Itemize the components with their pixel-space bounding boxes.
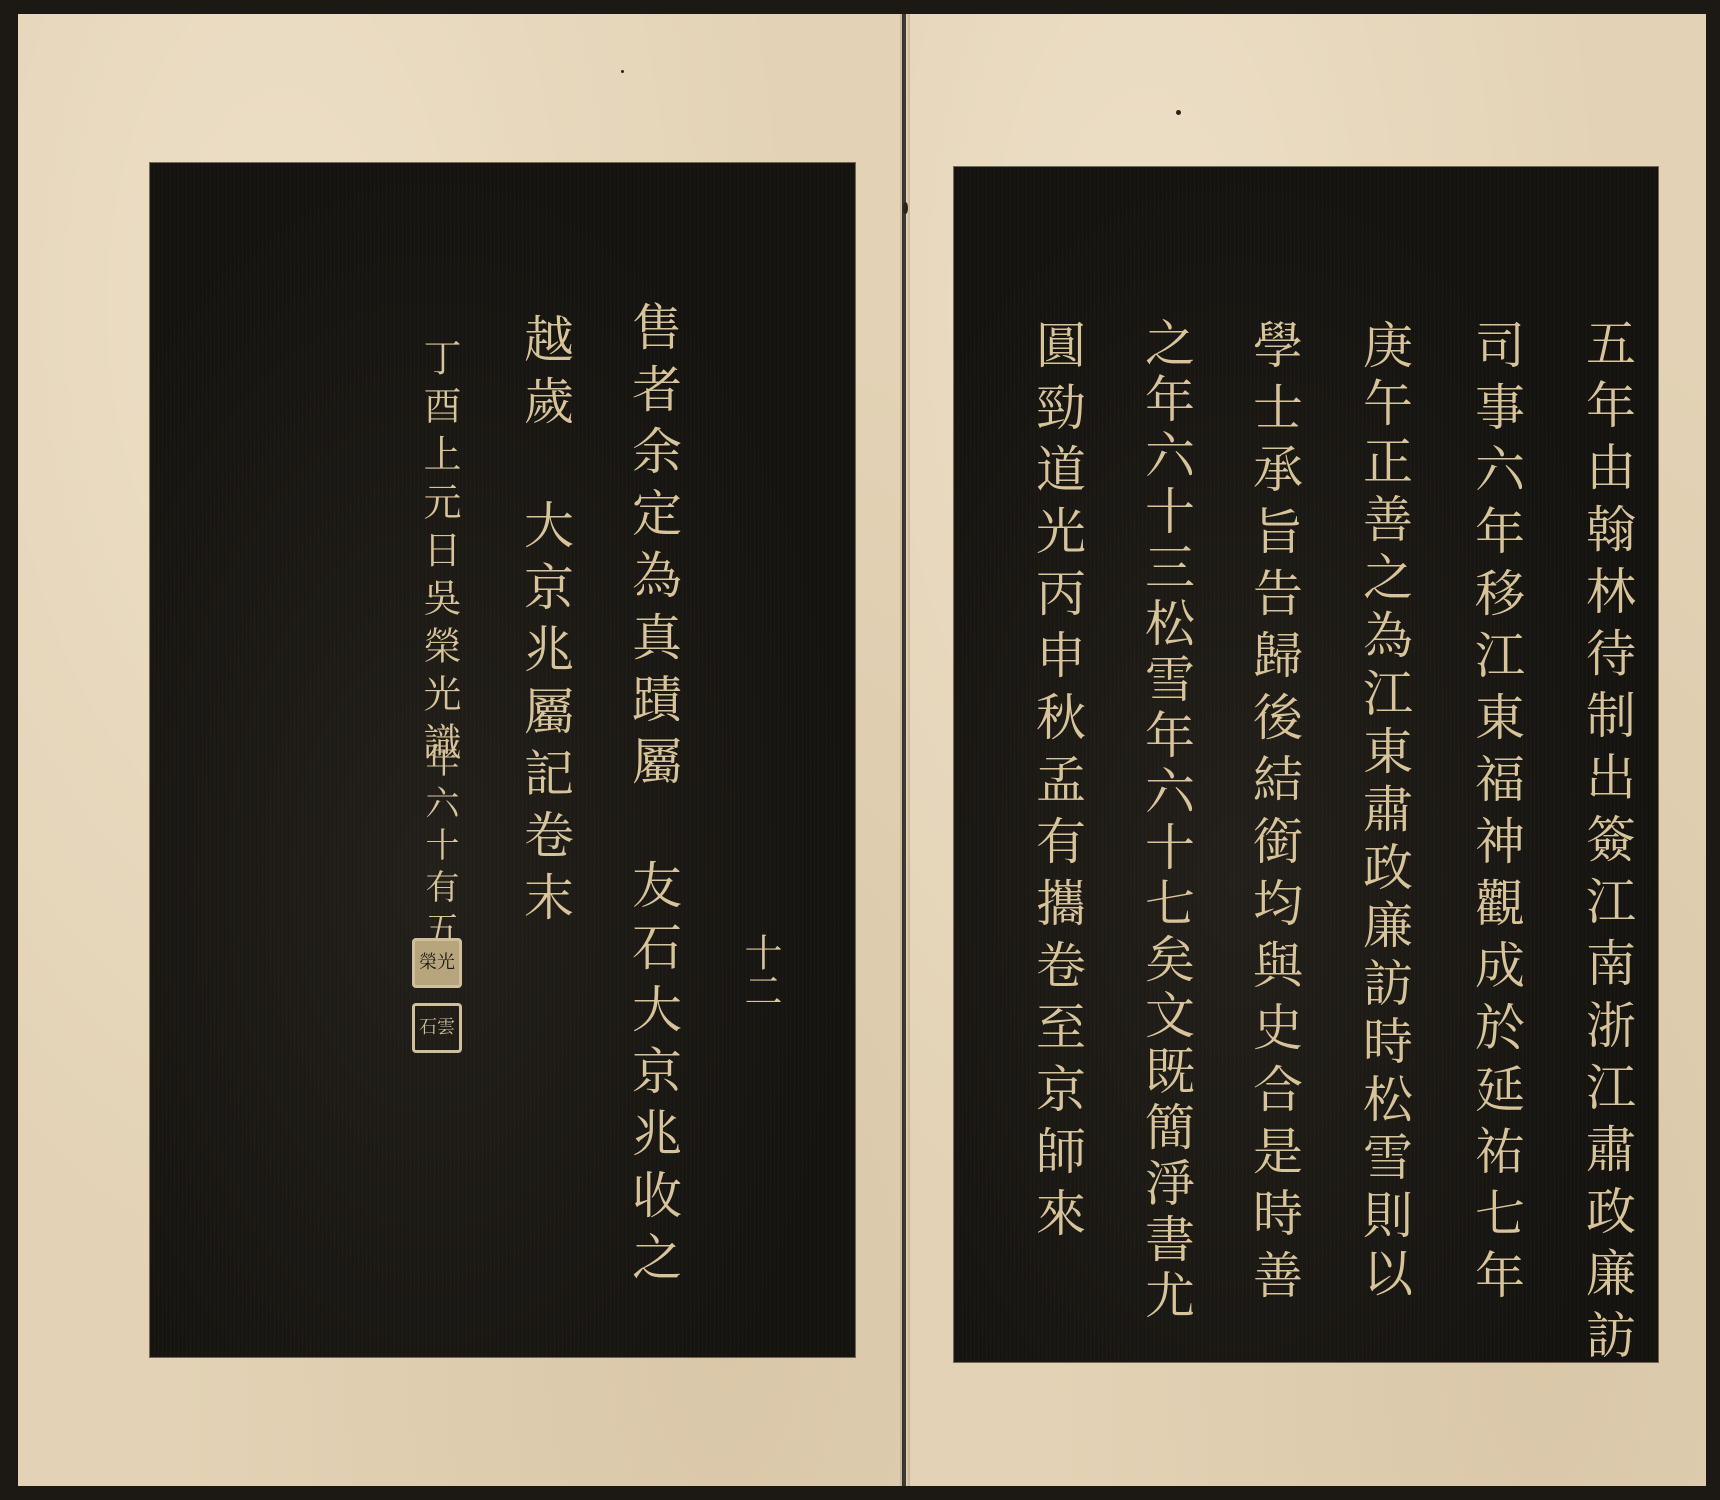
seal-shiyun: 石雲: [412, 1003, 462, 1053]
text-column: 圓勁道光丙申秋孟有攜卷至京師來: [1032, 319, 1082, 1249]
colophon-date-signature: 丁酉上元日吳榮光識: [420, 338, 458, 770]
paper-speck: [621, 70, 624, 73]
text-column: 越歲 大京兆屬記卷末: [520, 313, 570, 933]
right-rubbing-panel: 五年由翰林待制出簽江南浙江肅政廉訪 司事六年移江東福神觀成於延祐七年 庚午正善之…: [954, 167, 1658, 1362]
text-column: 司事六年移江東福神觀成於延祐七年: [1471, 319, 1521, 1311]
text-column: 之年六十三松雪年六十七矣文既簡淨書尤: [1141, 317, 1191, 1325]
text-column: 學士承旨告歸後結銜均與史合是時善: [1249, 319, 1299, 1311]
left-rubbing-panel: 十二 售者余定為真蹟屬 友石大京兆收之 越歲 大京兆屬記卷末 丁酉上元日吳榮光識…: [150, 163, 855, 1357]
album-spine: [900, 14, 910, 1486]
text-column: 五年由翰林待制出簽江南浙江肅政廉訪: [1582, 317, 1632, 1371]
paper-speck: [1176, 110, 1181, 115]
text-column: 售者余定為真蹟屬 友石大京兆收之: [628, 301, 678, 1293]
seal-rongguang: 榮光: [412, 938, 462, 988]
paper-speck: [903, 202, 908, 214]
page-number: 十二: [733, 933, 788, 1009]
colophon-age: 年六十有五: [422, 743, 456, 953]
text-column: 庚午正善之為江東肅政廉訪時松雪則以: [1359, 319, 1409, 1305]
album-scan: 十二 售者余定為真蹟屬 友石大京兆收之 越歲 大京兆屬記卷末 丁酉上元日吳榮光識…: [0, 0, 1720, 1500]
